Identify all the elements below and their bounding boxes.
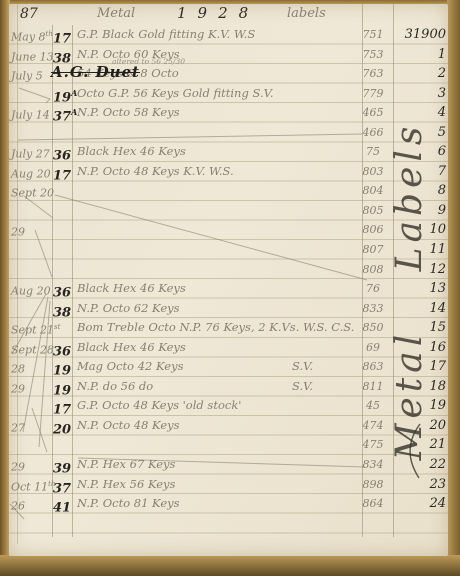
scan-edge-right (447, 0, 460, 576)
entry-ref-number: 864 (357, 494, 389, 514)
entry-ref-number: 474 (357, 416, 389, 436)
ledger-row: May 8th 17 G.P. Black Gold fitting K.V. … (9, 25, 448, 45)
ledger-rows: May 8th 17 G.P. Black Gold fitting K.V. … (9, 25, 448, 514)
ledger-row: 17 G.P. Octo 48 Keys 'old stock' 45 19 (9, 396, 448, 416)
ledger-row: Aug 20 36 Black Hex 46 Keys 76 13 (9, 279, 448, 299)
entry-ref-number: 805 (357, 201, 389, 221)
ledger-row: July 5 altered to 56 25/30 A.G. Duet 54 … (9, 64, 448, 84)
ledger-row: 27 20 N.P. Octo 48 Keys 474 20 (9, 416, 448, 436)
entry-index-number: 9 (394, 201, 447, 221)
entry-index-number: 11 (394, 240, 447, 260)
title-word-labels: labels (287, 6, 326, 21)
entry-ref-number: 779 (357, 84, 389, 104)
entry-index-number: 17 (394, 357, 447, 377)
entry-ref-number: 76 (357, 279, 389, 299)
ledger-paper: 87 Metal 1928 labels May 8th 17 G.P. Bla… (9, 4, 448, 556)
ledger-row: 29 19 N.P. do 56 do S.V. 811 18 (9, 377, 448, 397)
entry-overwrite-crossed-out: A.G. Duet (51, 63, 140, 83)
scan-edge-bottom (0, 555, 460, 576)
ledger-row: 26 41 N.P. Octo 81 Keys 864 24 (9, 494, 448, 514)
entry-description: Black Hex 46 Keys (77, 279, 361, 299)
entry-description: N.P. Octo 48 Keys K.V. W.S. (77, 162, 361, 182)
entry-ref-number: 807 (357, 240, 389, 260)
entry-description: altered to 56 25/30 A.G. Duet 54 Keys & … (77, 64, 361, 84)
ledger-row: 807 11 (9, 240, 448, 260)
entry-index-number: 6 (394, 142, 447, 162)
entry-index-number: 8 (394, 181, 447, 201)
entry-index-number: 3 (394, 84, 447, 104)
entry-ref-number: 75 (357, 142, 389, 162)
entry-description-right: S.V. (292, 357, 313, 377)
ledger-row: 805 9 (9, 201, 448, 221)
entry-index-number: 4 (394, 103, 447, 123)
entry-ref-number: 850 (357, 318, 389, 338)
entry-description: G.P. Octo 48 Keys 'old stock' (77, 396, 361, 416)
entry-index-number: 16 (394, 338, 447, 358)
entry-index-number: 22 (394, 455, 447, 475)
entry-ref-number: 69 (357, 338, 389, 358)
entry-quantity: 41 (53, 494, 73, 518)
entry-description: G.P. Black Gold fitting K.V. W.S (77, 25, 361, 45)
entry-ref-number: 863 (357, 357, 389, 377)
entry-description: N.P. do 56 do S.V. (77, 377, 361, 397)
entry-index-number: 2 (394, 64, 447, 84)
entry-description: Black Hex 46 Keys (77, 338, 361, 358)
ledger-row: Sept 20 804 8 (9, 181, 448, 201)
entry-index-number: 5 (394, 123, 447, 143)
ledger-row: 466 5 (9, 123, 448, 143)
entry-ref-number: 811 (357, 377, 389, 397)
entry-index-number: 13 (394, 279, 447, 299)
ledger-row: July 14 37A N.P. Octo 58 Keys 465 4 (9, 103, 448, 123)
ledger-row: 475 21 (9, 435, 448, 455)
ledger-row: 28 19 Mag Octo 42 Keys S.V. 863 17 (9, 357, 448, 377)
ledger-row: Sept 21st Bom Treble Octo N.P. 76 Keys, … (9, 318, 448, 338)
entry-ref-number: 806 (357, 220, 389, 240)
entry-description: N.P. Octo 48 Keys (77, 416, 361, 436)
entry-description: Bom Treble Octo N.P. 76 Keys, 2 K.Vs. W.… (77, 318, 361, 338)
entry-description: N.P. Octo 58 Keys (77, 103, 361, 123)
entry-ref-number: 45 (357, 396, 389, 416)
scanned-ledger-page: 87 Metal 1928 labels May 8th 17 G.P. Bla… (0, 0, 460, 576)
ledger-row: July 27 36 Black Hex 46 Keys 75 6 (9, 142, 448, 162)
entry-index-number: 20 (394, 416, 447, 436)
ledger-row: 38 N.P. Octo 62 Keys 833 14 (9, 299, 448, 319)
entry-ref-number: 763 (357, 64, 389, 84)
entry-description-right: S.V. (292, 377, 313, 397)
title-year: 1928 (177, 4, 259, 22)
entry-index-number: 23 (394, 475, 447, 495)
entry-description: N.P. Hex 67 Keys (77, 455, 361, 475)
entry-description: Black Hex 46 Keys (77, 142, 361, 162)
entry-description: N.P. Octo 81 Keys (77, 494, 361, 514)
entry-index-number: 15 (394, 318, 447, 338)
ledger-row: 29 806 10 (9, 220, 448, 240)
ledger-row: Oct 11th 37 N.P. Hex 56 Keys 898 23 (9, 475, 448, 495)
entry-index-number: 12 (394, 260, 447, 280)
entry-index-number: 31900 (394, 25, 447, 45)
entry-description: Octo G.P. 56 Keys Gold fitting S.V. (77, 84, 361, 104)
page-number: 87 (20, 6, 38, 22)
entry-description: N.P. Octo 62 Keys (77, 299, 361, 319)
ledger-row: Aug 20 17 N.P. Octo 48 Keys K.V. W.S. 80… (9, 162, 448, 182)
entry-ref-number: 465 (357, 103, 389, 123)
entry-index-number: 19 (394, 396, 447, 416)
ledger-row: 808 12 (9, 260, 448, 280)
page-header: 87 Metal 1928 labels (9, 4, 448, 25)
entry-ref-number: 833 (357, 299, 389, 319)
ledger-row: 29 39 N.P. Hex 67 Keys 834 22 (9, 455, 448, 475)
entry-ref-number: 808 (357, 260, 389, 280)
entry-index-number: 10 (394, 220, 447, 240)
entry-date: 26 (11, 494, 52, 516)
entry-description: Mag Octo 42 Keys S.V. (77, 357, 361, 377)
ledger-row: Sept 28 36 Black Hex 46 Keys 69 16 (9, 338, 448, 358)
entry-ref-number: 834 (357, 455, 389, 475)
entry-index-number: 14 (394, 299, 447, 319)
entry-ref-number: 804 (357, 181, 389, 201)
ledger-row: 19A Octo G.P. 56 Keys Gold fitting S.V. … (9, 84, 448, 104)
entry-ref-number: 898 (357, 475, 389, 495)
entry-index-number: 1 (394, 45, 447, 65)
entry-ref-number: 475 (357, 435, 389, 455)
entry-index-number: 24 (394, 494, 447, 514)
entry-description: N.P. Hex 56 Keys (77, 475, 361, 495)
ledger-row: June 13 38 N.P. Octo 60 Keys 753 1 (9, 45, 448, 65)
entry-index-number: 21 (394, 435, 447, 455)
entry-ref-number: 751 (357, 25, 389, 45)
entry-ref-number: 803 (357, 162, 389, 182)
title-word-metal: Metal (97, 6, 135, 21)
entry-ref-number: 753 (357, 45, 389, 65)
entry-ref-number: 466 (357, 123, 389, 143)
entry-index-number: 18 (394, 377, 447, 397)
entry-index-number: 7 (394, 162, 447, 182)
